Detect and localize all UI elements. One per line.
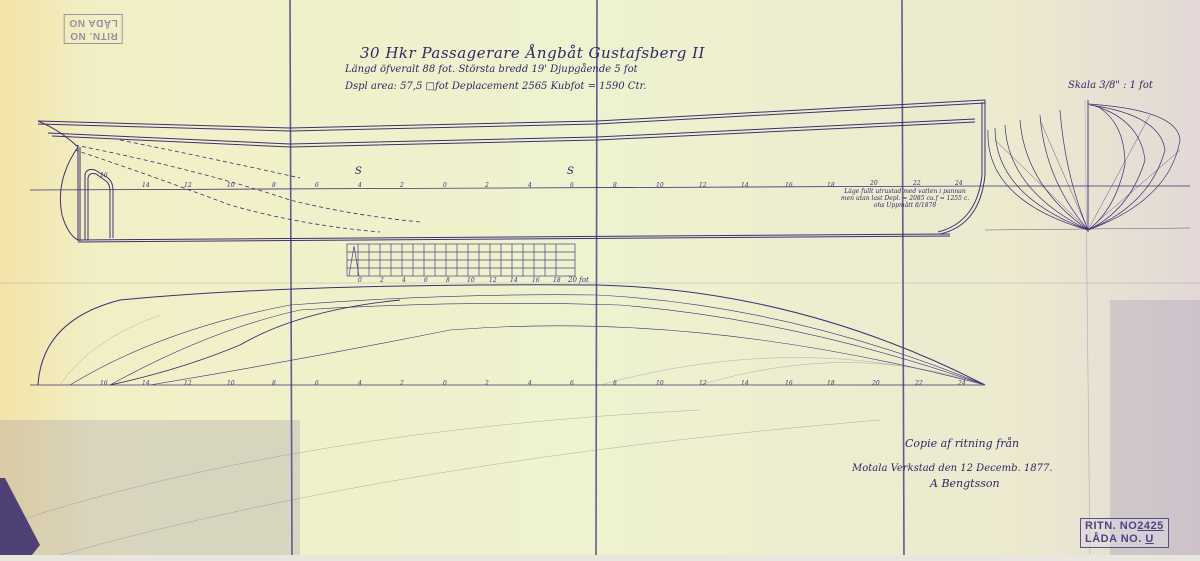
station-label: 12 [699, 380, 707, 387]
scale-unit: 20 fot [568, 276, 589, 284]
station-label: 4 [358, 182, 362, 189]
archive-stamp: RITN. NO2425 LÅDA NO. U [1080, 518, 1169, 548]
station-label: 18 [827, 380, 835, 387]
station-label: 14 [741, 380, 749, 387]
station-label: 6 [315, 182, 319, 189]
mirrored-stamp-line: RITN. NO [69, 29, 118, 42]
station-label: 10 [227, 380, 235, 387]
station-label: 2 [485, 182, 489, 189]
scale-tick: 16 [532, 277, 540, 284]
drawing-number-value: 2425 [1137, 520, 1163, 532]
station-label: 10 [656, 182, 664, 189]
station-label: 8 [613, 380, 617, 387]
signature: A Bengtsson [930, 477, 1000, 490]
load-condition-note: Läge fullt utrustad med vatten i pannan … [840, 188, 970, 209]
station-label: 6 [570, 380, 574, 387]
station-label: 8 [272, 380, 276, 387]
displacement-line: Dspl area: 57,5 □fot Deplacement 2565 Ku… [345, 81, 646, 92]
mirrored-stamp-line: LÅDA NO [69, 16, 118, 29]
dimensions-line: Längd öfveralt 88 fot. Största bredd 19'… [345, 64, 638, 75]
scale-tick: 18 [553, 277, 561, 284]
station-label: 4 [528, 380, 532, 387]
ship-drawing-sheet: 30 Hkr Passagerare Ångbåt Gustafsberg II… [0, 0, 1200, 561]
mirrored-archive-stamp: RITN. NO LÅDA NO [64, 14, 123, 44]
station-label: 8 [272, 182, 276, 189]
station-label: 8 [613, 182, 617, 189]
station-label: 24 [958, 380, 966, 387]
scale-tick: 0 [358, 277, 362, 284]
drawing-number-label: RITN. NO [1085, 520, 1137, 532]
station-label: 14 [741, 182, 749, 189]
station-label: 0 [443, 380, 447, 387]
station-label: 16 [100, 172, 108, 179]
scale-tick: 2 [380, 277, 384, 284]
station-label: 22 [913, 180, 921, 187]
station-label: 24 [955, 180, 963, 187]
scan-edge [0, 555, 1200, 561]
station-label: 12 [699, 182, 707, 189]
box-number-value: U [1145, 533, 1153, 545]
station-label: 12 [184, 380, 192, 387]
station-label: 16 [785, 380, 793, 387]
scale-tick: 6 [424, 277, 428, 284]
station-label: 16 [785, 182, 793, 189]
station-label: 2 [485, 380, 489, 387]
copy-source-date: Motala Verkstad den 12 Decemb. 1877. [852, 463, 1053, 474]
station-label: 22 [915, 380, 923, 387]
station-label: 2 [400, 182, 404, 189]
station-label: 0 [443, 182, 447, 189]
scale-tick: 8 [446, 277, 450, 284]
station-label: 18 [827, 182, 835, 189]
station-label: 4 [358, 380, 362, 387]
station-label: 10 [656, 380, 664, 387]
drawing-title: 30 Hkr Passagerare Ångbåt Gustafsberg II [360, 44, 705, 62]
scale-label: Skala 3/8" : 1 fot [1068, 80, 1153, 91]
station-label: 16 [100, 380, 108, 387]
station-label: 20 [872, 380, 880, 387]
station-label: 12 [184, 182, 192, 189]
scale-tick: 10 [467, 277, 475, 284]
station-label: 14 [142, 380, 150, 387]
scale-tick: 12 [489, 277, 497, 284]
station-label: 2 [400, 380, 404, 387]
station-label: 10 [227, 182, 235, 189]
copy-note: Copie af ritning från [905, 437, 1019, 450]
box-number-label: LÅDA NO. [1085, 533, 1142, 545]
scale-tick: 14 [510, 277, 518, 284]
station-label: 6 [570, 182, 574, 189]
station-label: 20 [870, 180, 878, 187]
scale-tick: 4 [402, 277, 406, 284]
station-label: 4 [528, 182, 532, 189]
midship-mark-profile: S [355, 166, 362, 177]
station-label: 6 [315, 380, 319, 387]
midship-mark-profile-2: S [567, 166, 574, 177]
station-label: 14 [142, 182, 150, 189]
